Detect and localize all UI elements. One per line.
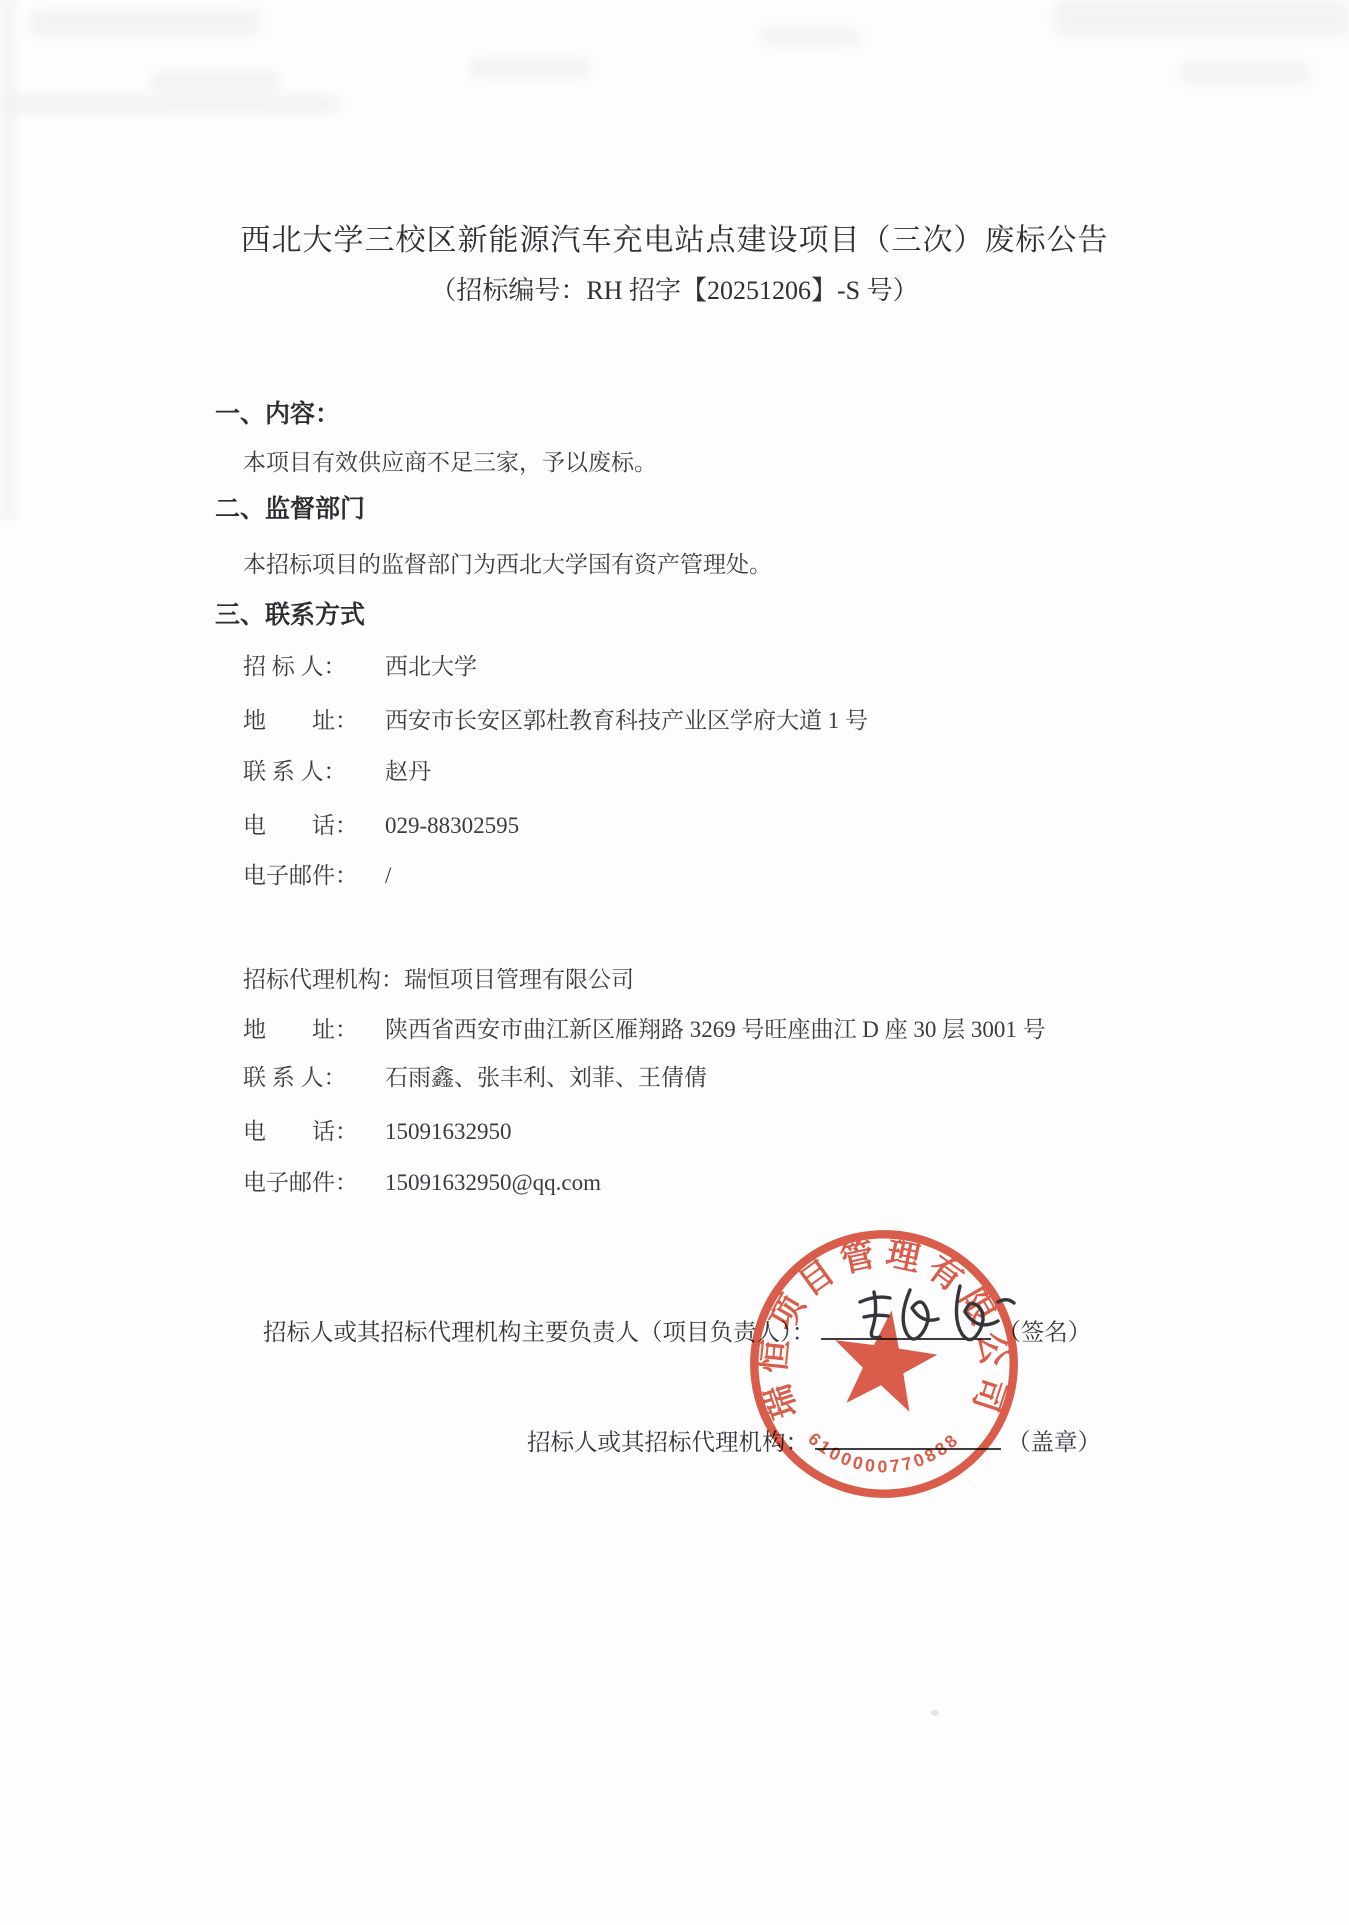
agency-email-label: 电子邮件： (243, 1164, 385, 1197)
signature-line-signer-label: 招标人或其招标代理机构主要负责人（项目负责人）： (263, 1320, 815, 1346)
agency-name-value: 瑞恒项目管理有限公司 (404, 967, 634, 992)
tenderer-email-label: 电子邮件： (243, 857, 385, 890)
tenderer-address-value: 西安市长安区郭杜教育科技产业区学府大道 1 号 (385, 708, 868, 733)
agency-email-value: 15091632950@qq.com (385, 1170, 601, 1195)
agency-row: 电 话：15091632950 (243, 1113, 512, 1146)
section-heading-contact: 三、联系方式 (215, 595, 365, 631)
company-seal-stamp: 瑞恒项目管理有限公司 6100000770888 (744, 1224, 1024, 1504)
tenderer-contact-label: 联 系 人： (243, 753, 385, 786)
agency-phone-value: 15091632950 (385, 1119, 512, 1144)
signature-stroke (956, 1286, 998, 1340)
scan-artifact (1180, 62, 1310, 84)
section-heading-content: 一、内容： (215, 394, 340, 430)
tenderer-row: 电 话：029-88302595 (243, 807, 519, 840)
tenderer-address-label: 地 址： (243, 702, 385, 735)
scan-artifact (150, 72, 280, 94)
tenderer-name-label: 招 标 人： (243, 648, 385, 681)
scan-artifact (0, 0, 16, 520)
tenderer-row: 联 系 人：赵丹 (243, 753, 431, 786)
agency-contact-value: 石雨鑫、张丰利、刘菲、王倩倩 (385, 1065, 707, 1090)
agency-address-value: 陕西省西安市曲江新区雁翔路 3269 号旺座曲江 D 座 30 层 3001 号 (385, 1017, 1046, 1042)
scan-artifact (470, 58, 590, 78)
scan-artifact (760, 28, 860, 46)
agency-address-label: 地 址： (243, 1011, 385, 1044)
scanned-document-page: 西北大学三校区新能源汽车充电站点建设项目（三次）废标公告 （招标编号：RH 招字… (0, 0, 1349, 1925)
tenderer-contact-value: 赵丹 (385, 759, 431, 784)
scan-artifact (1055, 0, 1349, 36)
tenderer-phone-value: 029-88302595 (385, 813, 519, 838)
document-title: 西北大学三校区新能源汽车充电站点建设项目（三次）废标公告 (0, 215, 1349, 259)
tender-number: （招标编号：RH 招字【20251206】-S 号） (0, 270, 1349, 307)
agency-row: 地 址：陕西省西安市曲江新区雁翔路 3269 号旺座曲江 D 座 30 层 30… (243, 1011, 1046, 1044)
handwritten-signature (848, 1272, 1024, 1356)
scan-artifact (30, 10, 260, 36)
seal-serial-number: 6100000770888 (804, 1429, 963, 1477)
tenderer-row: 电子邮件：/ (243, 857, 391, 890)
scan-artifact (931, 1710, 939, 1716)
section-body-content: 本项目有效供应商不足三家，予以废标。 (243, 444, 657, 477)
agency-name-label: 招标代理机构： (243, 961, 404, 994)
tenderer-email-value: / (385, 863, 391, 888)
agency-phone-label: 电 话： (243, 1113, 385, 1146)
signature-stroke (998, 1300, 1014, 1303)
section-heading-supervision: 二、监督部门 (215, 489, 365, 525)
section-body-supervision: 本招标项目的监督部门为西北大学国有资产管理处。 (243, 546, 772, 579)
tenderer-row: 地 址：西安市长安区郭杜教育科技产业区学府大道 1 号 (243, 702, 868, 735)
agency-row: 联 系 人：石雨鑫、张丰利、刘菲、王倩倩 (243, 1059, 707, 1092)
tenderer-phone-label: 电 话： (243, 807, 385, 840)
signature-stroke (903, 1290, 938, 1339)
agency-row: 招标代理机构：瑞恒项目管理有限公司 (243, 961, 634, 994)
tenderer-row: 招 标 人：西北大学 (243, 648, 477, 681)
scan-artifact (0, 96, 340, 112)
agency-row: 电子邮件：15091632950@qq.com (243, 1164, 601, 1197)
tenderer-name-value: 西北大学 (385, 654, 477, 679)
agency-contact-label: 联 系 人： (243, 1059, 385, 1092)
